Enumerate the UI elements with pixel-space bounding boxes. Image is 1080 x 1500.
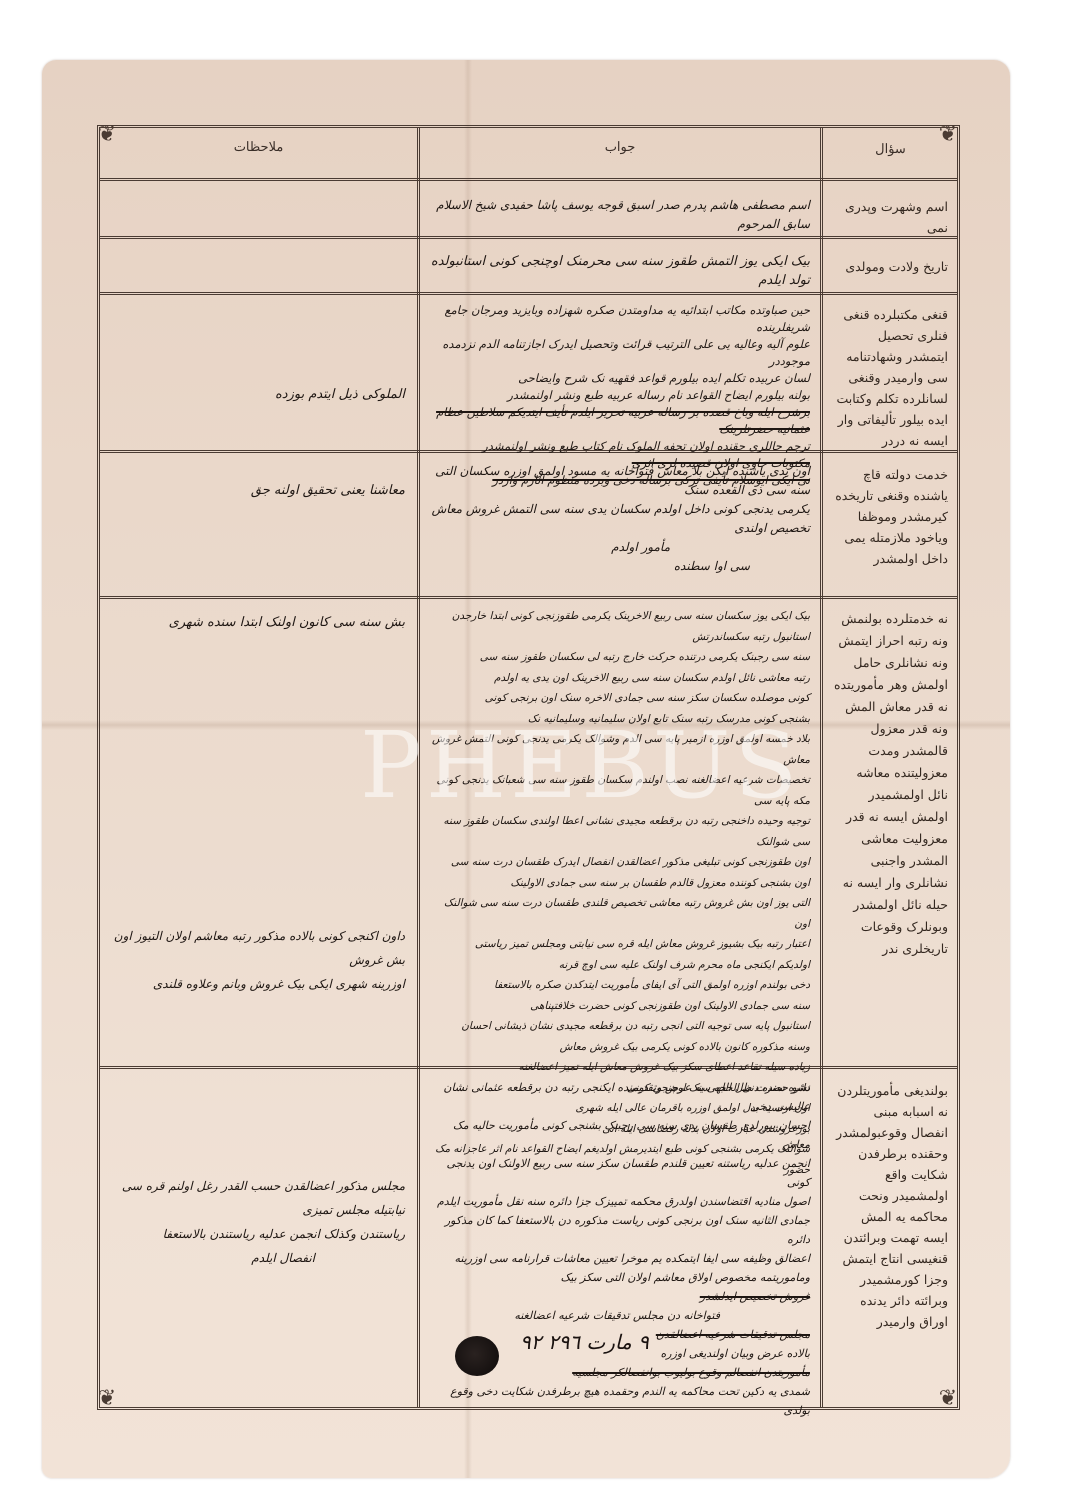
corner-ornament-icon: ❦ <box>94 1386 120 1412</box>
answer-service-entry: اون یدی یاشنده ایکن بلا معاش فتواخانه یه… <box>420 456 820 582</box>
answer-line: اعضالق وظیفه سی ایفا ایتمکده یم موخرا تع… <box>430 1249 810 1268</box>
answer-line: فتواخانه دن مجلس تدقیقات شرعیه اعضالغنه <box>430 1306 810 1325</box>
answer-line: سنه سی رجبنک یکرمی درتنده حرکت خارج رتبه… <box>430 647 810 668</box>
answer-line: انجمن عدلیه ریاستنه تعیین قلندم طقسان سک… <box>430 1154 810 1192</box>
corner-ornament-icon: ❦ <box>94 122 120 148</box>
answer-line: احسان بیورلدی طقسان یدی سنه سی رجبنک بشن… <box>430 1116 810 1154</box>
note-line: ریاستندن وکذلک انجمن عدلیه ریاستندن بالا… <box>112 1222 405 1246</box>
header-answer: جواب <box>420 140 820 155</box>
header-notes: ملاحظات <box>100 140 417 155</box>
note-education: الملوکی ذیل ایتدم بوزده <box>100 378 417 412</box>
answer-line: علوم آلیه وعالیه یی علی الترتیب قرائت وت… <box>430 336 810 370</box>
answer-line: بشنجی کونی مدرسک رتبه سنک تابع اولان سلی… <box>430 709 810 730</box>
struck-line: غروش تخصیص ایدلشدر <box>430 1287 810 1306</box>
answer-line: جمادی الثانیه سنک اون برنجی کونی ریاست م… <box>430 1211 810 1249</box>
answer-line: وسنه مذکوره کانون بالاده کونی یکرمی بیک … <box>430 1037 810 1058</box>
answer-line: اون طقوزنجی کونی تبلیغی مذکور اعضالقدن ا… <box>430 852 810 873</box>
answer-line: لسان عربیده تکلم ایده بیلورم قواعد فقهیه… <box>430 370 810 387</box>
answer-line: بیک ایکی یوز سکسان سنه سی ربیع الاخرینک … <box>430 606 810 647</box>
note-career-2: داون اکنجی کونی بالاده مذکور رتبه معاشم … <box>100 918 417 1002</box>
answer-line: بولنه بیلورم ایضاح القواعد نام رساله عرب… <box>430 387 810 404</box>
answer-line: حین صباوتده مکاتب ابتدائیه یه مداومتدن ص… <box>430 302 810 336</box>
answer-line: نشو حضرت ظل اللهی یه عرض وتقدیمنده ایکنج… <box>430 1078 810 1116</box>
note-career-1: بش سنه سی کانون اولنک ابتدا سنده شهری <box>100 606 417 640</box>
question-name: اسم وشهرت وپدری نمی <box>823 190 958 244</box>
answer-line: یکرمی یدنجی کونی داخل اولدم سکسان یدی سن… <box>430 500 810 538</box>
signature-date: ٩ مارت ٢٩٦ ٩٢ <box>520 1330 649 1354</box>
answer-line: مأمور اولدم <box>430 538 810 557</box>
answer-line: توجیه وحیده داخنجی رتبه دن برقطعه مجیدی … <box>430 811 810 852</box>
answer-line: استانبول پایه سی توجیه التی انجی رتبه دن… <box>430 1016 810 1037</box>
ink-seal-icon <box>455 1336 499 1376</box>
row-divider <box>100 596 957 599</box>
answer-line: اون بشنجی کوننده معزول قالدم طقسان بر سن… <box>430 873 810 894</box>
struck-line: برشرح ایله وباخ قصده بر رساله عربیه تحری… <box>430 404 810 438</box>
answer-line: اصول منادیه اقتضاسندن اولدرق محکمه تمییز… <box>430 1192 810 1211</box>
corner-ornament-icon: ❦ <box>935 122 961 148</box>
corner-ornament-icon: ❦ <box>935 1386 961 1412</box>
answer-line: کونی موصلده سکسان سکز سنه سی جمادی الاخر… <box>430 688 810 709</box>
form-table: ملاحظات جواب سؤال اسم وشهرت وپدری نمی اس… <box>97 125 960 1410</box>
answer-line: بلاد خمسه اولمق اوزره ازمیر پایه سی الدم… <box>430 729 810 770</box>
question-career: نه خدمتلرده بولنمش ونه رتبه احراز ایتمش … <box>823 602 958 966</box>
answer-line: سی اوا سطنده <box>430 557 810 576</box>
question-education: قنغی مکتبلرده قنغی فنلری تحصیل ایتمشدر و… <box>823 298 958 457</box>
answer-line: اولدیکم ایکنجی ماه محرم شرف اولنک علیه س… <box>430 955 810 976</box>
answer-line: اعتبار رتبه بیک بشیوز غروش معاش ایله قره… <box>430 934 810 955</box>
answer-line: ترجم حاللری حقنده اولان تحفه الملوک نام … <box>430 438 810 455</box>
answer-line: شمدی یه دکین تحت محاکمه یه الندم وحقمده … <box>430 1382 810 1420</box>
answer-name: اسم مصطفی هاشم پدرم صدر اسبق قوجه یوسف پ… <box>420 190 820 240</box>
answer-line: تخصیصات شرعیه اعضالغنه نصب اولندم سکسان … <box>430 770 810 811</box>
answer-line: سنه سی جمادی الاولینک اون طقوزنجی کونی ح… <box>430 996 810 1017</box>
answer-birth: بیک ایکی یوز التمش طقوز سنه سی محرمنک او… <box>420 246 820 296</box>
note-line: اوزرینه شهری ایکی بیک غروش وبانم وعلاوه … <box>112 972 405 996</box>
note-line: انفصال ایلدم <box>112 1246 405 1270</box>
answer-line: التی یوز اون بش غروش رتبه معاشی تخصیص قل… <box>430 893 810 934</box>
answer-line: اون یدی یاشنده ایکن بلا معاش فتواخانه یه… <box>430 462 810 500</box>
row-divider <box>100 178 957 181</box>
note-dismissal: مجلس مذکور اعضالقدن حسب القدر رغل اولنم … <box>100 1168 417 1276</box>
answer-line: رتبه معاشی نائل اولدم سکسان سنه سی ربیع … <box>430 668 810 689</box>
note-line: مجلس مذکور اعضالقدن حسب القدر رغل اولنم … <box>112 1174 405 1222</box>
note-service-entry: معاشنا یعنی تحقیق اولنه جق <box>100 474 417 508</box>
note-line: داون اکنجی کونی بالاده مذکور رتبه معاشم … <box>112 924 405 972</box>
answer-line: دخی بولندم اوزره اولمق التی آی ایفای مأم… <box>430 975 810 996</box>
question-dismissal: بولندیغی مأموریتلردن نه اسبابه مبنی انفص… <box>823 1074 958 1338</box>
question-service-entry: خدمت دولته قاچ یاشنده وقنغی تاریخده کیرم… <box>823 458 958 575</box>
answer-line: وماموریتمه مخصوص اولاق معاشم اولان التی … <box>430 1268 810 1287</box>
question-birth: تاریخ ولادت ومولدی <box>823 250 958 283</box>
